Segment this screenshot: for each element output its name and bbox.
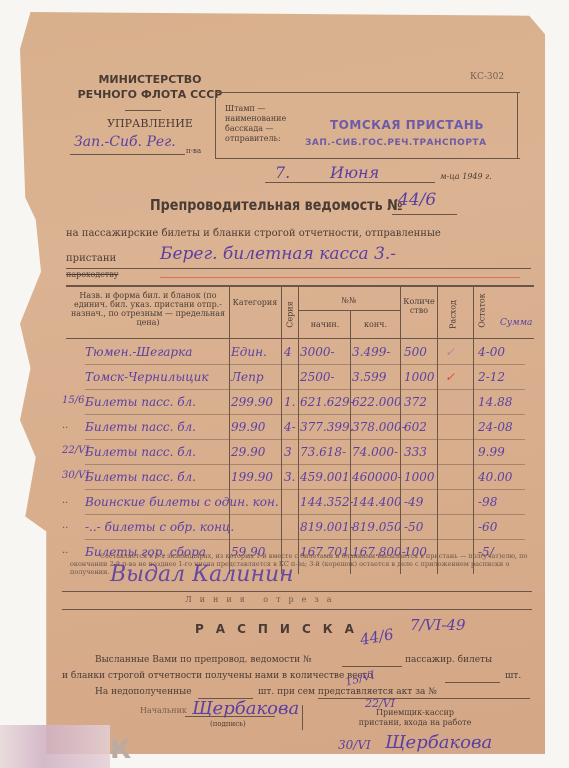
cell-qty: -49 [404,495,423,509]
stamp-box-bottom [215,158,520,159]
cell-remainder: 2-12 [478,370,505,384]
cell-end: 378.000- [352,420,406,434]
header-end: конч. [351,320,400,329]
cell-name: -..- билеты с обр. конц. [85,520,234,534]
receipt-line3a: На недополученные [95,687,192,697]
stamp-box-top [215,92,520,93]
cell-category: 299.90 [231,395,273,409]
sig-left-prefix: Начальник [140,706,187,715]
cell-expense: ✓ [445,370,455,384]
cell-qty: 372 [404,395,427,409]
pier-underline [66,268,531,269]
row-underline [85,464,525,465]
row-underline [85,539,525,540]
table-header-bottom [66,338,534,339]
pier-value: Берег. билетная касса 3.- [160,244,396,264]
date-day: 7. [275,163,290,182]
cell-end: 144.400 [352,495,402,509]
stamp-box-left [215,92,216,158]
cell-qty: 602 [404,420,427,434]
sig-left-signature: Щербакова [192,698,299,719]
cell-end: 3.499- [352,345,390,359]
cell-category: Лепр [231,370,264,384]
numbers-subdivider [298,310,400,311]
cell-remainder: 9.99 [478,445,505,459]
cell-name: Билеты пасс. бл. [85,470,196,484]
cell-series: 1. [284,395,295,409]
cell-qty: 1000 [404,370,435,384]
department-label: УПРАВЛЕНИЕ [70,117,230,130]
red-rule [160,277,520,278]
cell-prefix: .. [62,495,68,506]
cell-name: Томск-Чернилыцик [85,370,209,384]
cell-remainder: 40.00 [478,470,512,484]
department-suffix: п-ва [186,147,201,155]
cell-remainder: 24-08 [478,420,513,434]
cell-prefix: .. [62,545,68,556]
cell-remainder: 14.88 [478,395,512,409]
date-month: Июня [330,163,379,182]
cell-qty: 1000 [404,470,435,484]
cell-end: 3.599 [352,370,386,384]
header-remainder-note: Сумма [500,318,532,328]
cell-start: 3000- [300,345,335,359]
cell-start: 73.618- [300,445,346,459]
date-underline [265,182,435,183]
header-quantity: Количество [402,297,436,315]
cell-series: 4- [284,420,296,434]
cell-name: Билеты пасс. бл. [85,445,196,459]
cell-start: 2500- [300,370,335,384]
cell-qty: -50 [404,520,423,534]
pier-label: пристани [66,253,116,264]
stamp-box-right [517,92,518,158]
col-divider [350,310,351,574]
receipt-blank [318,698,530,699]
cell-series: 3. [284,470,295,484]
watermark [0,725,110,768]
cell-category: Един. [231,345,267,359]
receipt-line1b: пассажир. билеты [405,655,492,665]
cell-start: 621.629- [300,395,354,409]
header-expense: Расход [449,290,458,340]
cell-remainder: -60 [478,520,497,534]
sig-right-signature: Щербакова [385,732,492,753]
cell-remainder: 4-00 [478,345,505,359]
header-category: Категория [232,298,278,307]
cell-name: Воинские билеты с один. кон. [85,495,279,509]
cell-name: Билеты пасс. бл. [85,395,196,409]
cell-series: 3 [284,445,292,459]
row-underline [85,514,525,515]
receipt-line1a: Высланные Вами по препровод. ведомости № [95,655,312,665]
receipt-blank [445,682,500,683]
cell-qty: 333 [404,445,427,459]
cut-line-bottom [62,609,532,610]
header-remainder: Остаток [478,286,487,336]
sig-right-label: Приемщик-кассир пристани, входа на работ… [355,708,475,728]
row-underline [85,439,525,440]
divider [125,110,161,111]
receipt-title: РАСПИСКА [195,622,366,636]
cell-start: 459.001 [300,470,350,484]
receipt-line2a: и бланки строгой отчетности получены нам… [62,671,373,681]
cell-prefix: .. [62,520,68,531]
signature-issued: Выдал Калинин [110,562,294,587]
cell-qty: 500 [404,345,427,359]
cut-line-top [62,591,532,592]
number-underline [392,214,457,215]
row-underline [85,389,525,390]
col-divider [281,286,282,574]
sig-divider [302,705,303,730]
row-underline [85,414,525,415]
header-name: Назв. и форма бил. и бланок (по единич. … [68,291,228,327]
ministry-line2: РЕЧНОГО ФЛОТА СССР [70,87,230,102]
cell-end: 622.000 [352,395,402,409]
stamp-label: Штамп — наименование басскада — отправит… [225,104,305,144]
cut-line-label: Линия отреза [185,595,340,604]
col-divider [437,286,438,574]
cell-series: 4 [284,345,292,359]
row-underline [85,489,525,490]
note-30: 30/VI [338,738,371,752]
cell-category: 199.90 [231,470,273,484]
receipt-line2b: шт. [505,671,521,681]
underline [70,154,185,155]
header-start: начин. [300,320,350,329]
form-code: КС-302 [470,72,504,82]
department-value: Зап.-Сиб. Рег. [74,134,176,150]
stamp-line1: ТОМСКАЯ ПРИСТАНЬ [330,118,484,132]
row-underline [85,364,525,365]
watermark-letter: К [110,735,131,765]
receipt-blank [342,666,402,667]
cell-start: 819.001- [300,520,354,534]
cell-category: 99.90 [231,420,265,434]
col-divider [473,286,474,574]
ministry-header: МИНИСТЕРСТВО РЕЧНОГО ФЛОТА СССР [70,72,230,102]
col-divider [298,286,299,574]
cell-category: 29.90 [231,445,265,459]
sig-left-label: (подпись) [210,720,246,728]
cell-remainder: -98 [478,495,497,509]
table-top [66,285,534,287]
cell-expense: ✓ [445,345,455,359]
stamp-line2: ЗАП.-СИБ.ГОС.РЕЧ.ТРАНСПОРТА [305,138,487,148]
document-title: Препроводительная ведомость № [150,196,402,214]
receipt-date: 7/VI-49 [410,616,466,634]
intro-line: на пассажирские билеты и бланки строгой … [66,228,441,239]
cell-start: 144.352- [300,495,354,509]
cell-name: Тюмен.-Шегарка [85,345,192,359]
header-series: Серия [286,301,295,329]
date-suffix: м-ца 1949 г. [440,172,492,181]
cell-end: 819.050 [352,520,402,534]
cell-name: Билеты пасс. бл. [85,420,196,434]
cell-end: 74.000- [352,445,398,459]
struck-word: пароходству [66,270,118,279]
document-number: 44/6 [398,190,436,210]
cell-prefix: 15/6 [62,395,84,406]
cell-end: 460000- [352,470,402,484]
header-numbers: №№ [300,296,398,305]
cell-start: 377.399. [300,420,353,434]
cell-prefix: .. [62,420,68,431]
ministry-line1: МИНИСТЕРСТВО [70,72,230,87]
